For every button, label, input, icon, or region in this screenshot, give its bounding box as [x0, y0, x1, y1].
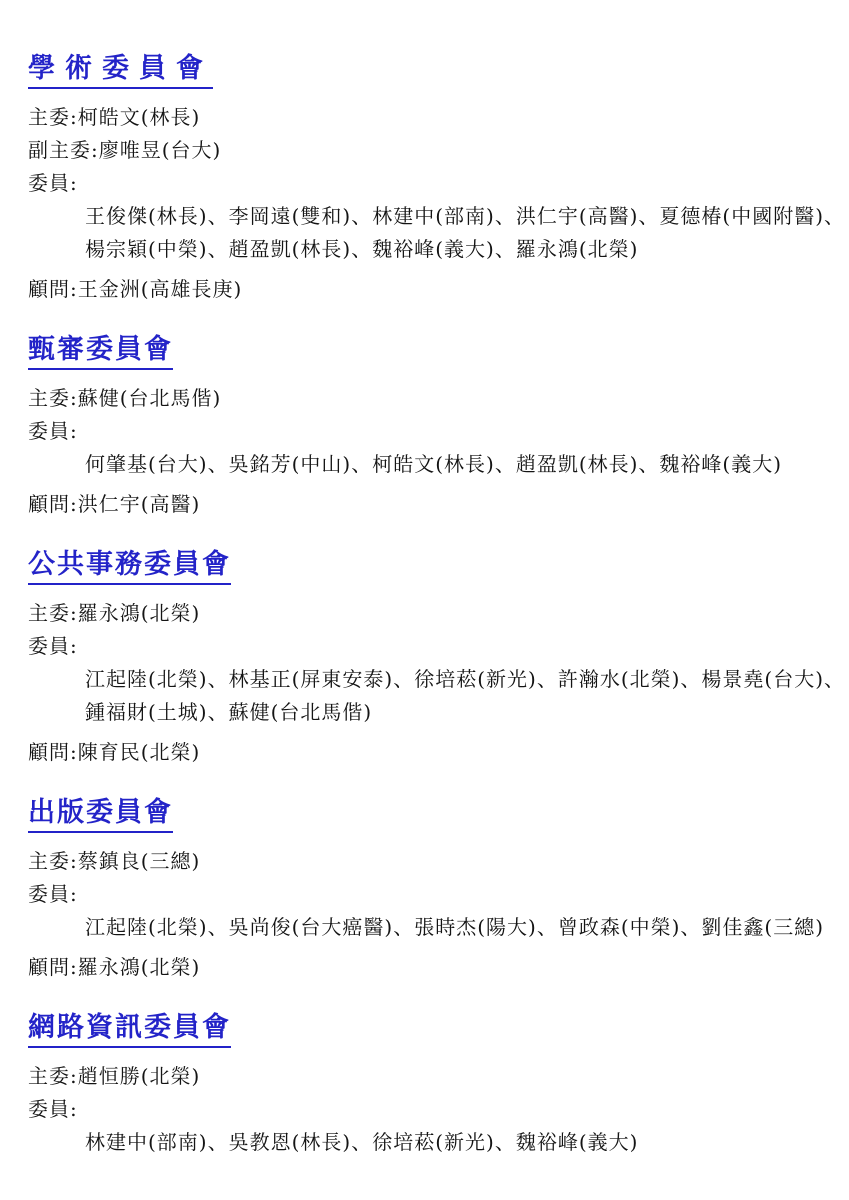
- committee-section: 學術委員會主委:柯皓文(林長)副主委:廖唯昱(台大)委員:王俊傑(林長)、李岡遠…: [28, 54, 825, 306]
- row-value: 林建中(部南)、吳教恩(林長)、徐培菘(新光)、魏裕峰(義大): [85, 1130, 638, 1154]
- row-value: 鍾福財(土城)、蘇健(台北馬偕): [85, 700, 372, 724]
- committee-heading: 甄審委員會: [28, 335, 825, 370]
- row-value: 陳育民(北榮): [78, 740, 201, 764]
- row-value: 廖唯昱(台大): [99, 138, 222, 162]
- committee-section: 公共事務委員會主委:羅永鴻(北榮)委員:江起陸(北榮)、林基正(屏東安泰)、徐培…: [28, 550, 825, 769]
- chair-row: 主委:柯皓文(林長): [28, 101, 825, 134]
- row-label: 顧問:: [28, 955, 78, 979]
- row-label: 顧問:: [28, 277, 78, 301]
- row-value: 蘇健(台北馬偕): [78, 386, 222, 410]
- chair-row: 主委:蔡鎮良(三總): [28, 845, 825, 878]
- committee-title-link[interactable]: 甄審委員會: [28, 335, 173, 370]
- committee-title-link[interactable]: 出版委員會: [28, 798, 173, 833]
- committee-list: 學術委員會主委:柯皓文(林長)副主委:廖唯昱(台大)委員:王俊傑(林長)、李岡遠…: [28, 54, 825, 1159]
- row-label: 主委:: [28, 1064, 78, 1088]
- members-label-row: 委員:: [28, 1093, 825, 1126]
- committee-heading: 學術委員會: [28, 54, 825, 89]
- row-value: 羅永鴻(北榮): [78, 601, 201, 625]
- member-line-row: 林建中(部南)、吳教恩(林長)、徐培菘(新光)、魏裕峰(義大): [28, 1126, 825, 1159]
- member-line-row: 王俊傑(林長)、李岡遠(雙和)、林建中(部南)、洪仁宇(高醫)、夏德椿(中國附醫…: [28, 200, 825, 233]
- members-label-row: 委員:: [28, 415, 825, 448]
- row-label: 主委:: [28, 386, 78, 410]
- row-label: 副主委:: [28, 138, 99, 162]
- row-value: 王金洲(高雄長庚): [78, 277, 243, 301]
- advisor-row: 顧問:洪仁宇(高醫): [28, 488, 825, 521]
- committee-section: 出版委員會主委:蔡鎮良(三總)委員:江起陸(北榮)、吳尚俊(台大癌醫)、張時杰(…: [28, 798, 825, 984]
- advisor-row: 顧問:陳育民(北榮): [28, 736, 825, 769]
- member-line-row: 何肇基(台大)、吳銘芳(中山)、柯皓文(林長)、趙盈凱(林長)、魏裕峰(義大): [28, 448, 825, 481]
- row-label: 主委:: [28, 849, 78, 873]
- member-line-row: 楊宗穎(中榮)、趙盈凱(林長)、魏裕峰(義大)、羅永鴻(北榮): [28, 233, 825, 266]
- row-label: 委員:: [28, 1097, 78, 1121]
- committee-heading: 網路資訊委員會: [28, 1013, 825, 1048]
- row-value: 洪仁宇(高醫): [78, 492, 201, 516]
- row-label: 顧問:: [28, 492, 78, 516]
- row-label: 委員:: [28, 419, 78, 443]
- members-label-row: 委員:: [28, 630, 825, 663]
- members-label-row: 委員:: [28, 167, 825, 200]
- row-label: 主委:: [28, 105, 78, 129]
- chair-row: 主委:蘇健(台北馬偕): [28, 382, 825, 415]
- row-label: 委員:: [28, 171, 78, 195]
- committee-title-link[interactable]: 網路資訊委員會: [28, 1013, 231, 1048]
- committee-title-link[interactable]: 學術委員會: [28, 54, 213, 89]
- chair-row: 主委:趙恒勝(北榮): [28, 1060, 825, 1093]
- member-line-row: 鍾福財(土城)、蘇健(台北馬偕): [28, 696, 825, 729]
- advisor-row: 顧問:王金洲(高雄長庚): [28, 273, 825, 306]
- committee-section: 網路資訊委員會主委:趙恒勝(北榮)委員:林建中(部南)、吳教恩(林長)、徐培菘(…: [28, 1013, 825, 1159]
- row-label: 委員:: [28, 882, 78, 906]
- row-value: 江起陸(北榮)、林基正(屏東安泰)、徐培菘(新光)、許瀚水(北榮)、楊景堯(台大…: [85, 667, 845, 691]
- row-value: 羅永鴻(北榮): [78, 955, 201, 979]
- row-value: 柯皓文(林長): [78, 105, 201, 129]
- member-line-row: 江起陸(北榮)、吳尚俊(台大癌醫)、張時杰(陽大)、曾政森(中榮)、劉佳鑫(三總…: [28, 911, 825, 944]
- row-value: 蔡鎮良(三總): [78, 849, 201, 873]
- committee-section: 甄審委員會主委:蘇健(台北馬偕)委員:何肇基(台大)、吳銘芳(中山)、柯皓文(林…: [28, 335, 825, 521]
- committee-title-link[interactable]: 公共事務委員會: [28, 550, 231, 585]
- row-label: 主委:: [28, 601, 78, 625]
- document-page: 學術委員會主委:柯皓文(林長)副主委:廖唯昱(台大)委員:王俊傑(林長)、李岡遠…: [0, 0, 849, 1200]
- row-value: 楊宗穎(中榮)、趙盈凱(林長)、魏裕峰(義大)、羅永鴻(北榮): [85, 237, 638, 261]
- committee-heading: 公共事務委員會: [28, 550, 825, 585]
- committee-heading: 出版委員會: [28, 798, 825, 833]
- members-label-row: 委員:: [28, 878, 825, 911]
- row-label: 委員:: [28, 634, 78, 658]
- row-label: 顧問:: [28, 740, 78, 764]
- chair-row: 主委:羅永鴻(北榮): [28, 597, 825, 630]
- row-value: 何肇基(台大)、吳銘芳(中山)、柯皓文(林長)、趙盈凱(林長)、魏裕峰(義大): [85, 452, 782, 476]
- row-value: 江起陸(北榮)、吳尚俊(台大癌醫)、張時杰(陽大)、曾政森(中榮)、劉佳鑫(三總…: [85, 915, 824, 939]
- vice-chair-row: 副主委:廖唯昱(台大): [28, 134, 825, 167]
- member-line-row: 江起陸(北榮)、林基正(屏東安泰)、徐培菘(新光)、許瀚水(北榮)、楊景堯(台大…: [28, 663, 825, 696]
- row-value: 趙恒勝(北榮): [78, 1064, 201, 1088]
- row-value: 王俊傑(林長)、李岡遠(雙和)、林建中(部南)、洪仁宇(高醫)、夏德椿(中國附醫…: [85, 204, 845, 228]
- advisor-row: 顧問:羅永鴻(北榮): [28, 951, 825, 984]
